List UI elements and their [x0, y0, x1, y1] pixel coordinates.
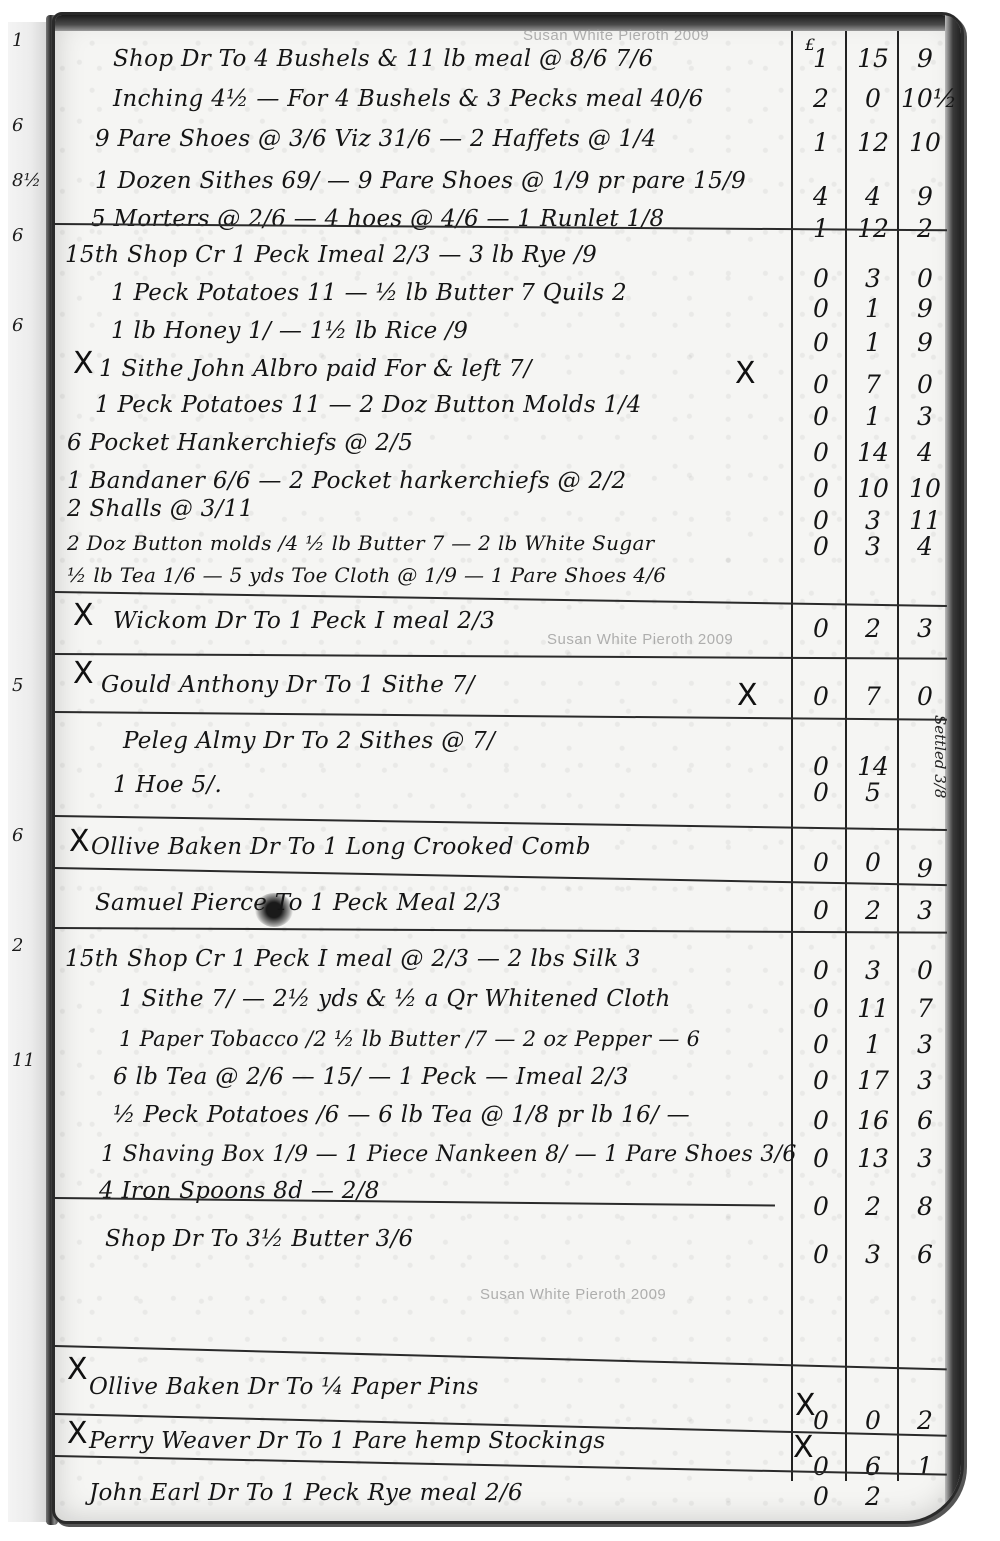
ledger-entry: 15th Shop Cr 1 Peck Imeal 2/3 — 3 lb Rye…: [65, 237, 785, 273]
amount-pounds: 0: [797, 435, 845, 471]
amount-shillings: 17: [849, 1063, 897, 1099]
amount-shillings: 4: [849, 179, 897, 215]
ledger-entry: Shop Dr To 3½ Butter 3/6: [105, 1221, 825, 1257]
amount-pence: 0: [901, 367, 949, 403]
ledger-entry: Wickom Dr To 1 Peck I meal 2/3: [113, 603, 833, 639]
entry-separator: [55, 653, 947, 660]
amount-pence: 3: [901, 611, 949, 647]
ledger-page: £ Susan White Pieroth 2009 Susan White P…: [52, 12, 964, 1524]
ledger-entry: 1 Hoe 5/.: [113, 767, 833, 803]
amount-shillings: 1: [849, 291, 897, 327]
amount-pence: 7: [901, 991, 949, 1027]
ledger-entry: Ollive Baken Dr To ¼ Paper Pins: [89, 1369, 809, 1405]
amount-pounds: 0: [797, 893, 845, 929]
amount-pence: 10½: [901, 81, 949, 117]
ledger-entry: ½ lb Tea 1/6 — 5 yds Toe Cloth @ 1/9 — 1…: [67, 557, 787, 593]
amount-pence: 4: [901, 435, 949, 471]
watermark: Susan White Pieroth 2009: [480, 1286, 666, 1303]
prev-page-fragment: 6: [12, 227, 23, 245]
ledger-entry: Peleg Almy Dr To 2 Sithes @ 7/: [123, 723, 843, 759]
amount-pounds: 0: [797, 775, 845, 811]
amount-pence: 9: [901, 291, 949, 327]
page-top-edge: [55, 15, 961, 31]
settled-x-mark: X: [737, 681, 758, 711]
settled-x-mark: X: [69, 827, 90, 857]
settled-x-mark: X: [735, 359, 756, 389]
amount-pence: 8: [901, 1189, 949, 1225]
amount-shillings: 13: [849, 1141, 897, 1177]
amount-shillings: 7: [849, 367, 897, 403]
amount-pounds: 0: [797, 1189, 845, 1225]
ledger-entry: 9 Pare Shoes @ 3/6 Viz 31/6 — 2 Haffets …: [95, 121, 815, 157]
amount-shillings: 0: [849, 845, 897, 881]
ledger-entry: Gould Anthony Dr To 1 Sithe 7/: [101, 667, 821, 703]
settled-x-mark: X: [67, 1355, 88, 1385]
amount-pounds: 0: [797, 1063, 845, 1099]
amount-pence: 9: [901, 325, 949, 361]
amount-shillings: 3: [849, 529, 897, 565]
amount-pence: 6: [901, 1237, 949, 1273]
prev-page-fragment: 6: [12, 117, 23, 135]
amount-pounds: 0: [797, 1479, 845, 1515]
amount-shillings: 7: [849, 679, 897, 715]
shillings-column-rule: [845, 31, 847, 1481]
amount-shillings: 1: [849, 1027, 897, 1063]
amount-pounds: 0: [797, 1103, 845, 1139]
amount-pence: 10: [901, 125, 949, 161]
amount-pounds: 0: [797, 529, 845, 565]
amount-pounds: 0: [797, 679, 845, 715]
margin-note: Settled 3/8: [925, 715, 949, 895]
entry-text: Shop Cr 1 Peck I meal @ 2/3 — 2 lbs Silk…: [127, 946, 641, 972]
amount-shillings: 3: [849, 1237, 897, 1273]
amount-shillings: 14: [849, 435, 897, 471]
amount-pence: 0: [901, 679, 949, 715]
amount-pounds: 0: [797, 399, 845, 435]
ledger-entry: 1 Sithe John Albro paid For & left 7/: [99, 351, 819, 387]
amount-shillings: 3: [849, 953, 897, 989]
settled-x-mark: X: [67, 1419, 88, 1449]
amount-shillings: 2: [849, 893, 897, 929]
ledger-entry: 5 Morters @ 2/6 — 4 hoes @ 4/6 — 1 Runle…: [91, 201, 811, 237]
amount-shillings: 5: [849, 775, 897, 811]
amount-pence: 3: [901, 399, 949, 435]
settled-x-mark: X: [73, 659, 94, 689]
ledger-entry: 1 lb Honey 1/ — 1½ lb Rice /9: [111, 313, 831, 349]
ledger-entry: Perry Weaver Dr To 1 Pare hemp Stockings: [89, 1423, 809, 1459]
ledger-entry: 1 Peck Potatoes 11 — ½ lb Butter 7 Quils…: [111, 275, 831, 311]
ledger-entry: 1 Peck Potatoes 11 — 2 Doz Button Molds …: [95, 387, 815, 423]
prev-page-fragment: 6: [12, 317, 23, 335]
ledger-entry: 15th Shop Cr 1 Peck I meal @ 2/3 — 2 lbs…: [65, 941, 785, 977]
amount-pence: 3: [901, 1027, 949, 1063]
amount-pence: 4: [901, 529, 949, 565]
ledger-entry: 2 Shalls @ 3/11: [67, 491, 787, 527]
ledger-entry: 6 Pocket Hankerchiefs @ 2/5: [67, 425, 787, 461]
settled-x-mark: X: [73, 349, 94, 379]
ledger-entry: Ollive Baken Dr To 1 Long Crooked Comb: [91, 829, 811, 865]
ledger-entry: Inching 4½ — For 4 Bushels & 3 Pecks mea…: [113, 81, 833, 117]
amount-pounds: 0: [797, 1141, 845, 1177]
amount-pence: 6: [901, 1103, 949, 1139]
prev-page-fragment: 5: [12, 677, 23, 695]
amount-shillings: 11: [849, 991, 897, 1027]
amount-shillings: 1: [849, 399, 897, 435]
ledger-entry: Shop Dr To 4 Bushels & 11 lb meal @ 8/6 …: [113, 41, 833, 77]
amount-pence: 9: [901, 41, 949, 77]
amount-pence: [901, 1479, 949, 1515]
entry-text: Shop Cr 1 Peck Imeal 2/3 — 3 lb Rye /9: [127, 242, 597, 268]
amount-shillings: 10: [849, 471, 897, 507]
amount-shillings: 2: [849, 611, 897, 647]
entry-date: 15th: [65, 946, 120, 972]
previous-page-edge: 1 6 8½ 6 6 5 6 2 11: [8, 22, 48, 1522]
amount-pounds: 0: [797, 611, 845, 647]
ledger-entry: 1 Paper Tobacco /2 ½ lb Butter /7 — 2 oz…: [119, 1021, 839, 1057]
amount-shillings: 12: [849, 125, 897, 161]
ledger-entry: 1 Dozen Sithes 69/ — 9 Pare Shoes @ 1/9 …: [95, 163, 815, 199]
prev-page-fragment: 8½: [12, 172, 41, 190]
amount-pence: 0: [901, 953, 949, 989]
amount-shillings: 2: [849, 1479, 897, 1515]
ledger-entry: 1 Sithe 7/ — 2½ yds & ½ a Qr Whitened Cl…: [119, 981, 839, 1017]
prev-page-fragment: 2: [12, 937, 23, 955]
amount-pounds: 0: [797, 1027, 845, 1063]
ledger-entry: 1 Shaving Box 1/9 — 1 Piece Nankeen 8/ —…: [101, 1137, 821, 1173]
prev-page-fragment: 6: [12, 827, 23, 845]
amount-pence: 10: [901, 471, 949, 507]
amount-shillings: 16: [849, 1103, 897, 1139]
ledger-entry: Samuel Pierce To 1 Peck Meal 2/3: [95, 885, 815, 921]
amount-pence: 9: [901, 179, 949, 215]
pence-column-rule: [897, 31, 899, 1481]
amount-pence: 3: [901, 893, 949, 929]
ledger-entry: ½ Peck Potatoes /6 — 6 lb Tea @ 1/8 pr l…: [113, 1097, 833, 1133]
amount-pounds: 0: [797, 471, 845, 507]
ledger-entry: John Earl Dr To 1 Peck Rye meal 2/6: [89, 1475, 809, 1511]
prev-page-fragment: 1: [12, 32, 23, 50]
amount-pounds: 0: [797, 845, 845, 881]
amount-shillings: 2: [849, 1189, 897, 1225]
amount-pounds: 0: [797, 1237, 845, 1273]
ledger-entry: 2 Doz Button molds /4 ½ lb Butter 7 — 2 …: [67, 525, 787, 561]
amount-pounds: 1: [797, 125, 845, 161]
amount-pounds: 2: [797, 81, 845, 117]
amount-shillings: 15: [849, 41, 897, 77]
entry-separator: [55, 1345, 947, 1370]
ledger-entry: 6 lb Tea @ 2/6 — 15/ — 1 Peck — Imeal 2/…: [113, 1059, 833, 1095]
amount-shillings: 1: [849, 325, 897, 361]
settled-x-mark: X: [73, 601, 94, 631]
amount-pence: 3: [901, 1063, 949, 1099]
amount-pounds: 1: [797, 41, 845, 77]
amount-shillings: 0: [849, 81, 897, 117]
entry-date: 15th: [65, 242, 120, 268]
prev-page-fragment: 11: [12, 1052, 35, 1070]
amount-pence: 3: [901, 1141, 949, 1177]
